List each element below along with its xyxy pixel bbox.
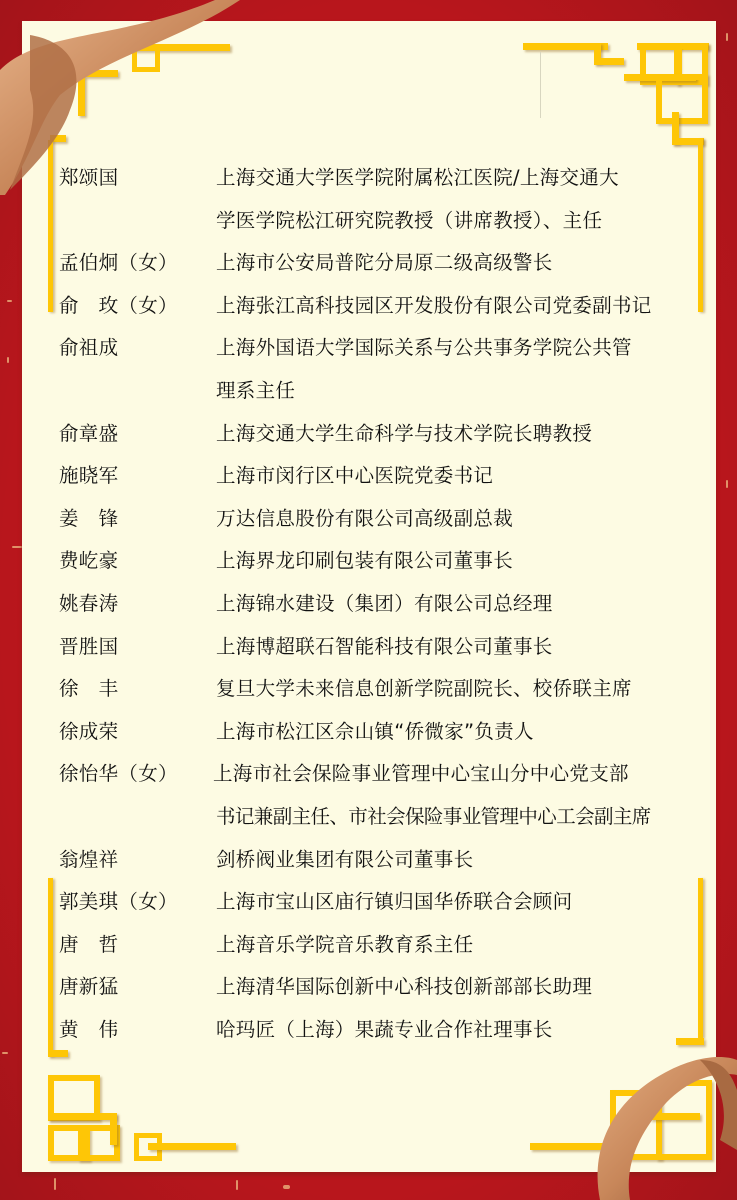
member-name: 晋胜国 xyxy=(59,626,216,669)
member-name: 徐怡华（女） xyxy=(59,753,216,838)
member-position: 上海界龙印刷包装有限公司董事长 xyxy=(216,540,709,583)
position-line: 上海界龙印刷包装有限公司董事长 xyxy=(216,540,709,583)
position-line: 上海外国语大学国际关系与公共事务学院公共管 xyxy=(216,327,709,370)
member-position: 哈玛匠（上海）果蔬专业合作社理事长 xyxy=(216,1009,709,1052)
member-position: 上海锦水建设（集团）有限公司总经理 xyxy=(216,583,709,626)
position-line: 上海市闵行区中心医院党委书记 xyxy=(216,455,709,498)
position-line: 复旦大学未来信息创新学院副院长、校侨联主席 xyxy=(216,668,709,711)
member-position: 剑桥阀业集团有限公司董事长 xyxy=(216,839,709,882)
position-line: 上海市社会保险事业管理中心宝山分中心党支部 xyxy=(213,753,709,796)
decorative-fleck xyxy=(726,480,728,488)
member-name: 徐 丰 xyxy=(59,668,216,711)
list-item: 俞祖成 上海外国语大学国际关系与公共事务学院公共管 理系主任 xyxy=(59,327,709,412)
member-position: 上海交通大学医学院附属松江医院/上海交通大 学医学院松江研究院教授（讲席教授）、… xyxy=(216,157,709,242)
list-item: 俞章盛 上海交通大学生命科学与技术学院长聘教授 xyxy=(59,413,709,456)
decorative-fleck xyxy=(12,546,22,548)
member-position: 上海交通大学生命科学与技术学院长聘教授 xyxy=(216,413,709,456)
member-position: 复旦大学未来信息创新学院副院长、校侨联主席 xyxy=(216,668,709,711)
member-name: 唐 哲 xyxy=(59,924,216,967)
list-item: 郭美琪（女） 上海市宝山区庙行镇归国华侨联合会顾问 xyxy=(59,881,709,924)
member-name: 俞章盛 xyxy=(59,413,216,456)
member-position: 上海音乐学院音乐教育系主任 xyxy=(216,924,709,967)
position-line: 上海交通大学医学院附属松江医院/上海交通大 xyxy=(216,157,709,200)
member-name: 唐新猛 xyxy=(59,966,216,1009)
list-item: 唐新猛 上海清华国际创新中心科技创新部部长助理 xyxy=(59,966,709,1009)
decorative-fleck xyxy=(2,1052,8,1054)
position-line: 上海音乐学院音乐教育系主任 xyxy=(216,924,709,967)
decorative-fleck xyxy=(236,1180,238,1190)
decorative-fleck xyxy=(7,357,9,363)
list-item: 姜 锋 万达信息股份有限公司高级副总裁 xyxy=(59,498,709,541)
member-name: 徐成荣 xyxy=(59,711,216,754)
decorative-fleck xyxy=(54,1178,56,1190)
member-list: 郑颂国 上海交通大学医学院附属松江医院/上海交通大 学医学院松江研究院教授（讲席… xyxy=(59,157,709,1051)
member-name: 翁煌祥 xyxy=(59,839,216,882)
list-item: 黄 伟 哈玛匠（上海）果蔬专业合作社理事长 xyxy=(59,1009,709,1052)
member-name: 费屹豪 xyxy=(59,540,216,583)
position-line: 上海市公安局普陀分局原二级高级警长 xyxy=(216,242,709,285)
position-line: 理系主任 xyxy=(216,370,709,413)
member-position: 上海外国语大学国际关系与公共事务学院公共管 理系主任 xyxy=(216,327,709,412)
position-line: 上海清华国际创新中心科技创新部部长助理 xyxy=(216,966,709,1009)
position-line: 万达信息股份有限公司高级副总裁 xyxy=(216,498,709,541)
member-name: 郭美琪（女） xyxy=(59,881,216,924)
position-line: 上海交通大学生命科学与技术学院长聘教授 xyxy=(216,413,709,456)
list-item: 郑颂国 上海交通大学医学院附属松江医院/上海交通大 学医学院松江研究院教授（讲席… xyxy=(59,157,709,242)
position-line: 上海市宝山区庙行镇归国华侨联合会顾问 xyxy=(216,881,709,924)
member-name: 郑颂国 xyxy=(59,157,216,242)
list-item: 孟伯炯（女） 上海市公安局普陀分局原二级高级警长 xyxy=(59,242,709,285)
list-item: 晋胜国 上海博超联石智能科技有限公司董事长 xyxy=(59,626,709,669)
member-name: 施晓军 xyxy=(59,455,216,498)
member-position: 上海博超联石智能科技有限公司董事长 xyxy=(216,626,709,669)
position-line: 上海张江高科技园区开发股份有限公司党委副书记 xyxy=(216,285,709,328)
member-position: 上海市松江区佘山镇“侨微家”负责人 xyxy=(216,711,709,754)
member-position: 上海市公安局普陀分局原二级高级警长 xyxy=(216,242,709,285)
ribbon-decoration-bottom-right xyxy=(550,1030,737,1200)
member-name: 俞祖成 xyxy=(59,327,216,412)
list-item: 徐成荣 上海市松江区佘山镇“侨微家”负责人 xyxy=(59,711,709,754)
member-position: 上海市宝山区庙行镇归国华侨联合会顾问 xyxy=(216,881,709,924)
decorative-fleck xyxy=(726,33,728,41)
member-position: 上海清华国际创新中心科技创新部部长助理 xyxy=(216,966,709,1009)
position-line: 哈玛匠（上海）果蔬专业合作社理事长 xyxy=(216,1009,709,1052)
list-item: 唐 哲 上海音乐学院音乐教育系主任 xyxy=(59,924,709,967)
decorative-fleck xyxy=(7,300,12,302)
position-line: 书记兼副主任、市社会保险事业管理中心工会副主席 xyxy=(216,796,709,839)
member-name: 姜 锋 xyxy=(59,498,216,541)
position-line: 上海锦水建设（集团）有限公司总经理 xyxy=(216,583,709,626)
member-name: 姚春涛 xyxy=(59,583,216,626)
list-item: 姚春涛 上海锦水建设（集团）有限公司总经理 xyxy=(59,583,709,626)
list-item: 徐怡华（女） 上海市社会保险事业管理中心宝山分中心党支部 书记兼副主任、市社会保… xyxy=(59,753,709,838)
member-name: 孟伯炯（女） xyxy=(59,242,216,285)
list-item: 费屹豪 上海界龙印刷包装有限公司董事长 xyxy=(59,540,709,583)
member-position: 上海张江高科技园区开发股份有限公司党委副书记 xyxy=(216,285,709,328)
position-line: 学医学院松江研究院教授（讲席教授）、主任 xyxy=(216,200,709,243)
list-item: 翁煌祥 剑桥阀业集团有限公司董事长 xyxy=(59,839,709,882)
member-position: 上海市社会保险事业管理中心宝山分中心党支部 书记兼副主任、市社会保险事业管理中心… xyxy=(216,753,709,838)
position-line: 上海博超联石智能科技有限公司董事长 xyxy=(216,626,709,669)
list-item: 徐 丰 复旦大学未来信息创新学院副院长、校侨联主席 xyxy=(59,668,709,711)
member-name: 俞 玫（女） xyxy=(59,285,216,328)
member-position: 上海市闵行区中心医院党委书记 xyxy=(216,455,709,498)
member-name: 黄 伟 xyxy=(59,1009,216,1052)
member-position: 万达信息股份有限公司高级副总裁 xyxy=(216,498,709,541)
position-line: 剑桥阀业集团有限公司董事长 xyxy=(216,839,709,882)
list-item: 俞 玫（女） 上海张江高科技园区开发股份有限公司党委副书记 xyxy=(59,285,709,328)
decorative-fleck xyxy=(283,1185,290,1189)
list-item: 施晓军 上海市闵行区中心医院党委书记 xyxy=(59,455,709,498)
position-line: 上海市松江区佘山镇“侨微家”负责人 xyxy=(216,711,709,754)
